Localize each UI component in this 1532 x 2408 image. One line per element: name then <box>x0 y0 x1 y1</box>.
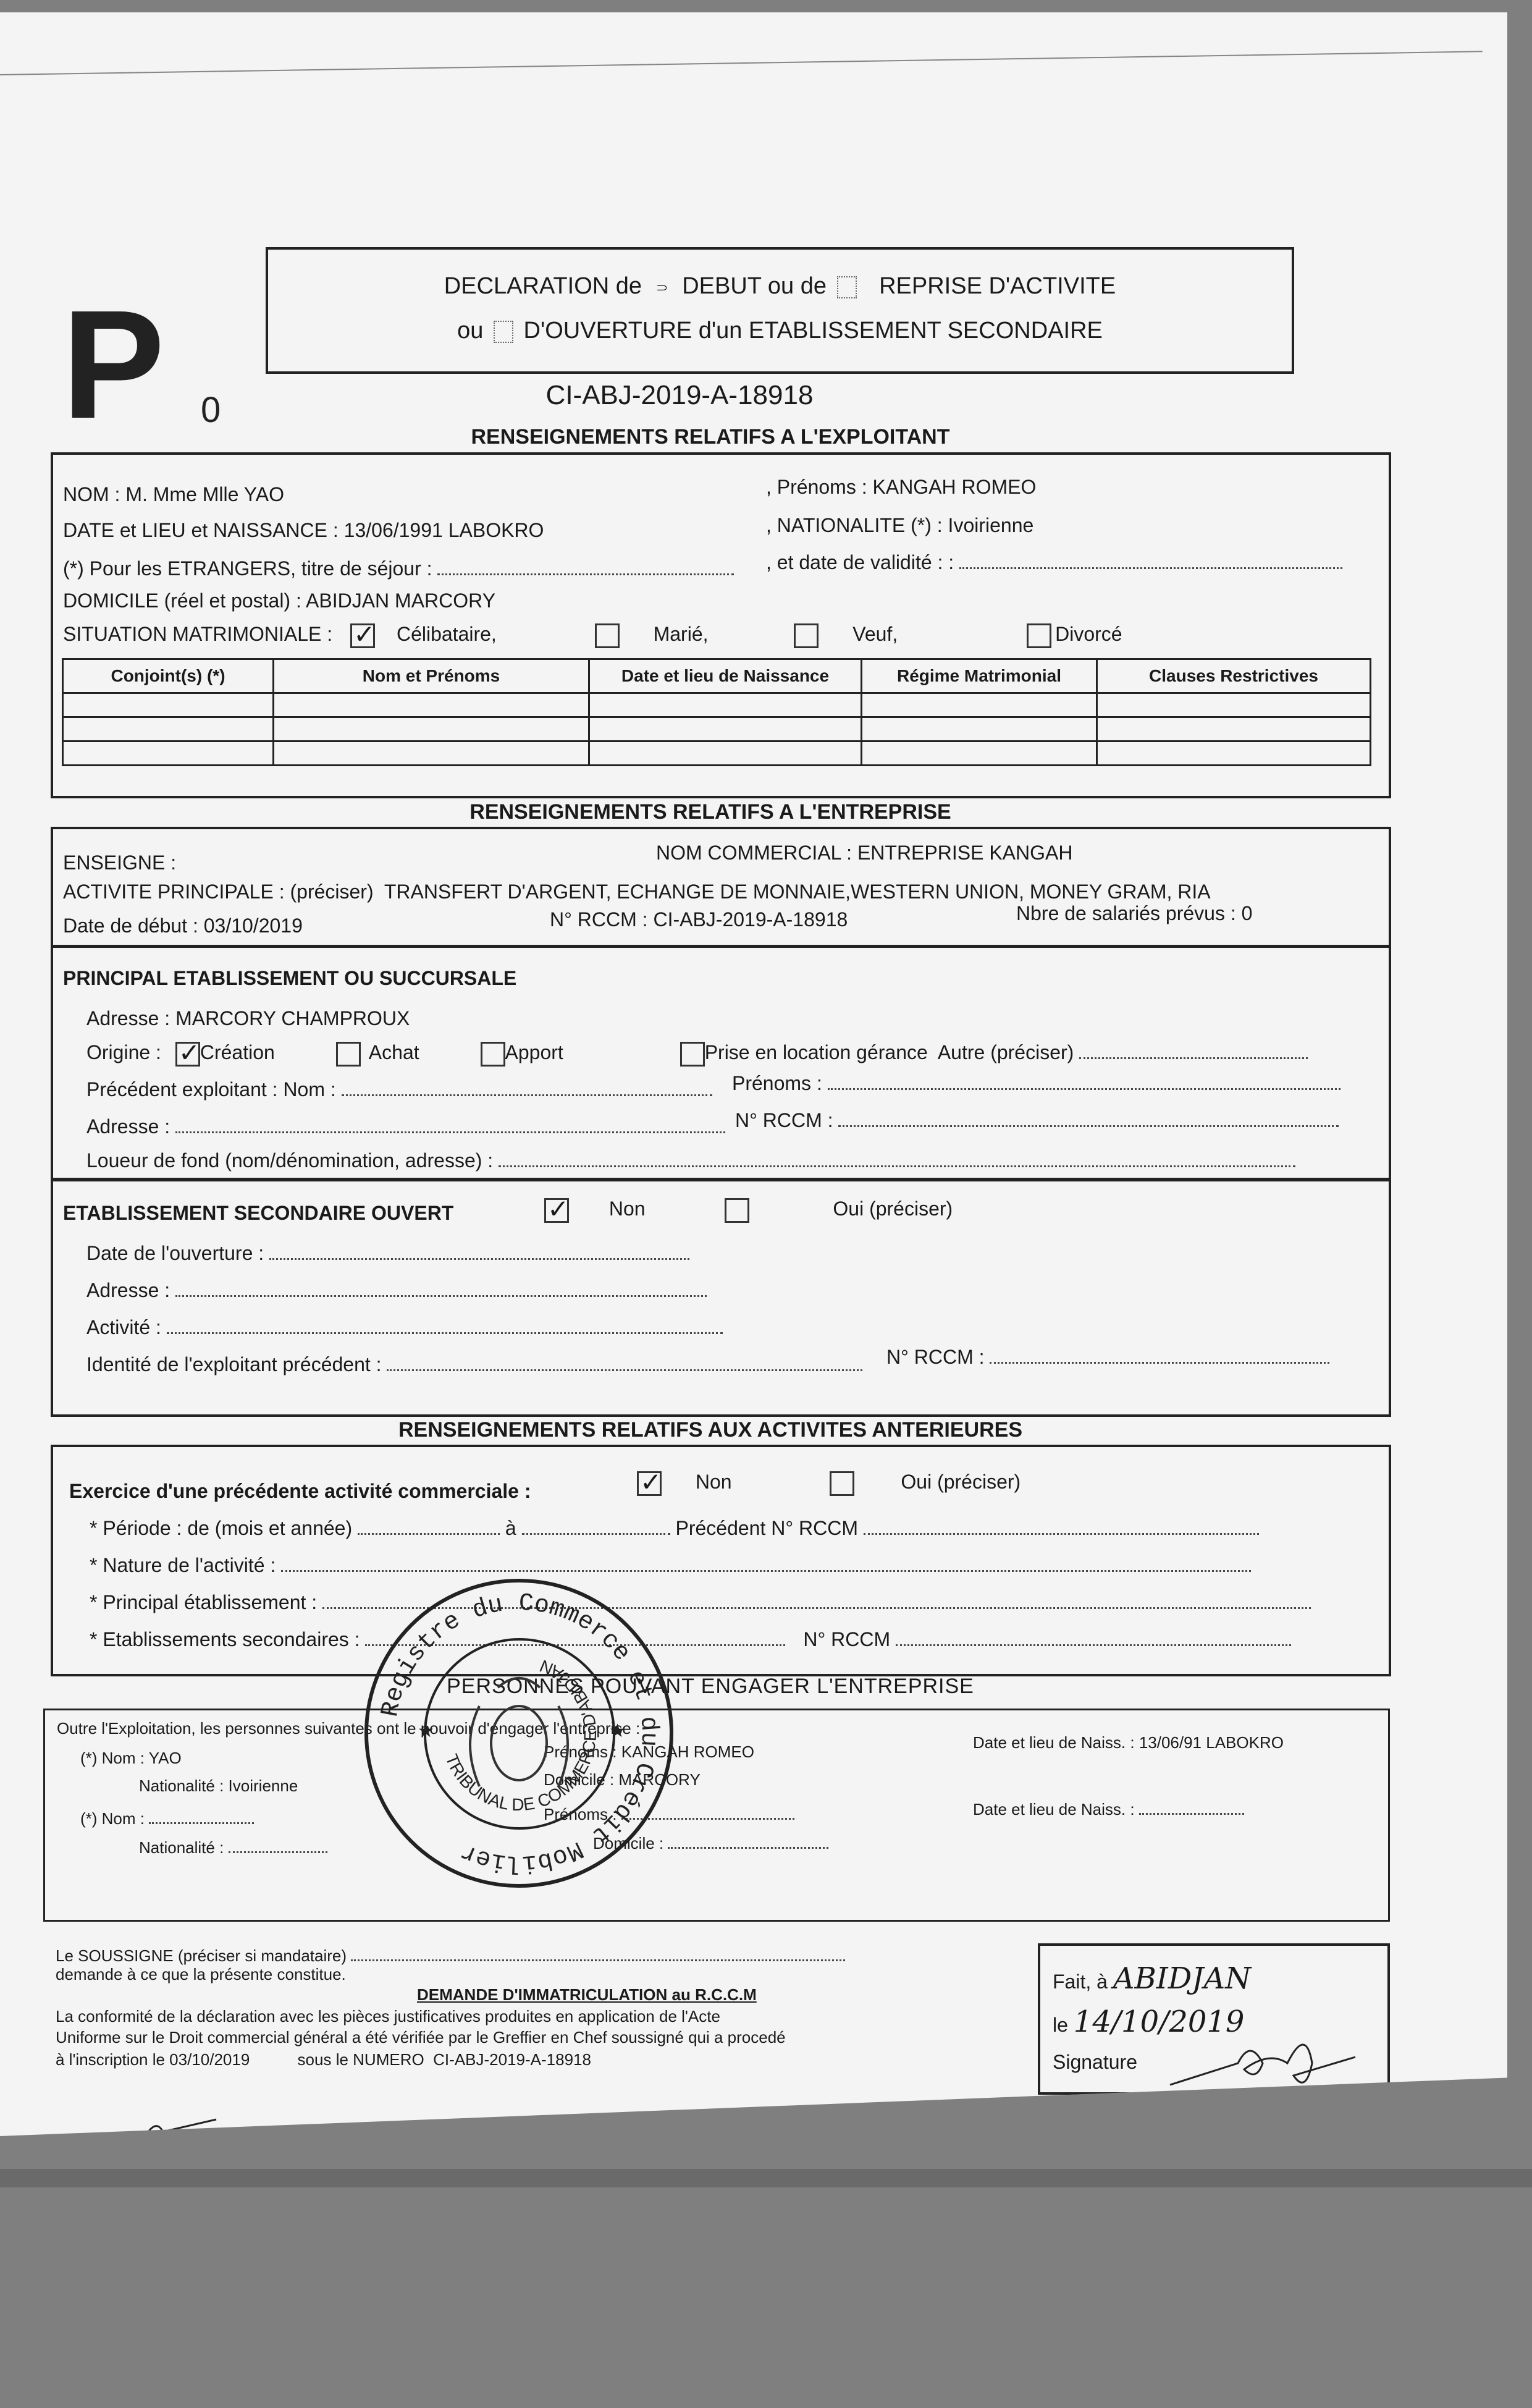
secondaire-rccm-field: N° RCCM : <box>886 1346 1329 1369</box>
loueur-field: Loueur de fond (nom/dénomination, adress… <box>86 1149 1295 1172</box>
section-title-entreprise: RENSEIGNEMENTS RELATIFS A L'ENTREPRISE <box>0 800 1421 824</box>
declaration-line-2: ou D'OUVERTURE d'un ETABLISSEMENT SECOND… <box>268 318 1292 344</box>
nom-field: NOM : M. Mme Mlle YAO <box>63 483 284 506</box>
domicile-field: DOMICILE (réel et postal) : ABIDJAN MARC… <box>63 589 495 612</box>
inscription-line: à l'inscription le 03/10/2019 sous le NU… <box>56 2050 591 2069</box>
col-nom-prenoms: Nom et Prénoms <box>274 659 589 693</box>
autre-label: Autre (préciser) <box>938 1041 1074 1063</box>
coat-of-arms-icon <box>470 1678 568 1786</box>
divorce-checkbox[interactable] <box>1027 623 1051 648</box>
secondaire-options: Non Oui (préciser) <box>541 1198 953 1223</box>
signature-label: Signature <box>1053 2051 1137 2074</box>
veuf-checkbox[interactable] <box>794 623 819 648</box>
prec-rccm-label: Précédent N° RCCM <box>675 1517 858 1539</box>
conjoint-table: Conjoint(s) (*) Nom et Prénoms Date et l… <box>62 658 1371 766</box>
stamp-star-icon: ★ <box>418 1721 434 1741</box>
location-gerance-label: Prise en location gérance <box>705 1041 928 1063</box>
fait-field: Fait, à ABIDJAN <box>1053 1961 1251 1996</box>
section-title-exploitant: RENSEIGNEMENTS RELATIFS A L'EXPLOITANT <box>0 425 1421 449</box>
exercice-options: Non Oui (préciser) <box>633 1471 1021 1496</box>
document-page: P 0 DECLARATION de ⸧ DEBUT ou de REPRISE… <box>0 12 1507 2175</box>
scan-artifact-line <box>0 51 1483 75</box>
exercice-non-label: Non <box>696 1471 732 1493</box>
exercice-non-checkbox[interactable] <box>637 1471 662 1496</box>
creation-checkbox[interactable] <box>175 1042 200 1067</box>
salaries-field: Nbre de salariés prévus : 0 <box>1016 902 1252 925</box>
person1-naiss-value: 13/06/91 LABOKRO <box>1139 1733 1284 1752</box>
fait-value: ABIDJAN <box>1113 1961 1251 1996</box>
ou-label: ou <box>457 318 483 344</box>
celibataire-checkbox[interactable] <box>350 623 375 648</box>
reprise-label: REPRISE D'ACTIVITE <box>879 273 1116 299</box>
person2-nationalite: Nationalité : <box>139 1836 327 1857</box>
table-row <box>63 717 1371 741</box>
person1-nat-value: Ivoirienne <box>229 1776 298 1795</box>
table-row <box>63 693 1371 717</box>
debut-label: DEBUT ou de <box>682 273 827 299</box>
prec-rccm-field: N° RCCM : <box>735 1109 1339 1132</box>
periode-field: * Période : de (mois et année) à Précéde… <box>90 1517 1259 1540</box>
prenoms-value: KANGAH ROMEO <box>873 476 1037 498</box>
numero-value: CI-ABJ-2019-A-18918 <box>433 2050 591 2069</box>
situation-label: SITUATION MATRIMONIALE : <box>63 623 332 645</box>
inscription-date: 03/10/2019 <box>169 2050 250 2069</box>
secondaire-oui-label: Oui (préciser) <box>833 1198 953 1220</box>
rccm-value: CI-ABJ-2019-A-18918 <box>653 908 848 931</box>
stamp-text-ring: Registre du Commerce et du Crédit Mobili… <box>368 1582 670 1884</box>
col-date-lieu: Date et lieu de Naissance <box>589 659 862 693</box>
exercice-oui-checkbox[interactable] <box>830 1471 854 1496</box>
nationalite-field: , NATIONALITE (*) : Ivoirienne <box>766 514 1033 537</box>
ouverture-label: D'OUVERTURE d'un ETABLISSEMENT SECONDAIR… <box>524 318 1103 344</box>
domicile-value: ABIDJAN MARCORY <box>306 589 495 612</box>
table-row <box>63 741 1371 766</box>
soussigne-field: Le SOUSSIGNE (préciser si mandataire) <box>56 1945 845 1966</box>
person1-nom: (*) Nom : YAO <box>80 1749 182 1768</box>
date-debut-value: 03/10/2019 <box>204 915 303 937</box>
a-label: à <box>505 1517 516 1539</box>
signature-scribble-icon <box>1164 2026 1362 2094</box>
creation-label: Création <box>200 1041 275 1063</box>
conformite-line-1: La conformité de la déclaration avec les… <box>56 2007 720 2026</box>
exercice-label: Exercice d'une précédente activité comme… <box>69 1480 531 1503</box>
svg-text:TRIBUNAL DE COMMERCE D'ABIDJAN: TRIBUNAL DE COMMERCE D'ABIDJAN <box>442 1656 600 1814</box>
section-title-anterieures: RENSEIGNEMENTS RELATIFS AUX ACTIVITES AN… <box>0 1418 1421 1442</box>
achat-checkbox[interactable] <box>336 1042 361 1067</box>
col-conjoint: Conjoint(s) (*) <box>63 659 274 693</box>
ouverture-checkbox[interactable] <box>494 321 513 343</box>
stamp-star-icon: ★ <box>609 1721 626 1741</box>
apport-label: Apport <box>505 1041 563 1063</box>
etab-rccm-label: N° RCCM <box>803 1628 890 1650</box>
principal-adresse-value: MARCORY CHAMPROUX <box>175 1007 410 1029</box>
situation-matrimoniale: SITUATION MATRIMONIALE : Célibataire, Ma… <box>63 623 1122 648</box>
etab-secondaires-field: * Etablissements secondaires : N° RCCM <box>90 1628 1291 1651</box>
origine-label: Origine : <box>86 1041 161 1063</box>
principal-etab-field: * Principal établissement : <box>90 1591 1311 1614</box>
secondaire-non-checkbox[interactable] <box>544 1198 569 1223</box>
declaration-box: DECLARATION de ⸧ DEBUT ou de REPRISE D'A… <box>266 247 1294 374</box>
location-gerance-checkbox[interactable] <box>680 1042 705 1067</box>
origine-field: Origine : Création Achat Apport Prise en… <box>86 1041 1308 1067</box>
principal-adresse-field: Adresse : MARCORY CHAMPROUX <box>86 1007 410 1030</box>
prenoms-field: , Prénoms : KANGAH ROMEO <box>766 476 1036 499</box>
col-clauses: Clauses Restrictives <box>1097 659 1371 693</box>
conformite-line-2: Uniforme sur le Droit commercial général… <box>56 2028 786 2047</box>
reprise-checkbox[interactable] <box>837 276 857 298</box>
identite-field: Identité de l'exploitant précédent : <box>86 1353 862 1376</box>
declaration-line-1: DECLARATION de ⸧ DEBUT ou de REPRISE D'A… <box>268 273 1292 300</box>
person1-nationalite: Nationalité : Ivoirienne <box>139 1776 298 1796</box>
enseigne-field: ENSEIGNE : <box>63 851 176 874</box>
person1-nom-value: YAO <box>149 1749 182 1767</box>
numero-label: sous le NUMERO <box>298 2050 424 2069</box>
secondaire-title: ETABLISSEMENT SECONDAIRE OUVERT <box>63 1202 453 1225</box>
person1-naiss: Date et lieu de Naiss. : 13/06/91 LABOKR… <box>973 1733 1284 1752</box>
activite-principale-value: TRANSFERT D'ARGENT, ECHANGE DE MONNAIE,W… <box>384 881 1211 903</box>
etrangers-field: (*) Pour les ETRANGERS, titre de séjour … <box>63 557 734 580</box>
date-ouverture-field: Date de l'ouverture : <box>86 1242 689 1265</box>
marie-checkbox[interactable] <box>595 623 620 648</box>
exercice-oui-label: Oui (préciser) <box>901 1471 1021 1493</box>
marie-label: Marié, <box>654 623 709 645</box>
official-stamp: Registre du Commerce et du Crédit Mobili… <box>364 1579 673 1888</box>
debut-checkbox[interactable]: ⸧ <box>652 276 672 298</box>
nationalite-value: Ivoirienne <box>948 514 1034 536</box>
nature-field: * Nature de l'activité : <box>90 1554 1251 1577</box>
rccm-field: N° RCCM : CI-ABJ-2019-A-18918 <box>550 908 848 931</box>
celibataire-label: Célibataire, <box>397 623 497 645</box>
section-title-personnes: PERSONNES POUVANT ENGAGER L'ENTREPRISE <box>0 1675 1421 1699</box>
demande-line: demande à ce que la présente constitue. <box>56 1965 346 1984</box>
veuf-label: Veuf, <box>852 623 898 645</box>
divorce-label: Divorcé <box>1055 623 1122 645</box>
principal-title: PRINCIPAL ETABLISSEMENT OU SUCCURSALE <box>63 967 516 990</box>
secondaire-activite-field: Activité : <box>86 1316 723 1339</box>
nom-commercial-value: ENTREPRISE KANGAH <box>857 842 1073 864</box>
naissance-value: 13/06/1991 LABOKRO <box>344 519 544 541</box>
prec-exploitant-field: Précédent exploitant : Nom : <box>86 1078 712 1101</box>
secondaire-oui-checkbox[interactable] <box>725 1198 749 1223</box>
fait-box: Fait, à ABIDJAN le 14/10/2019 Signature <box>1038 1943 1390 2095</box>
activite-principale-field: ACTIVITE PRINCIPALE : (préciser) TRANSFE… <box>63 881 1211 903</box>
declaration-label: DECLARATION de <box>444 273 642 299</box>
person2-nom: (*) Nom : <box>80 1807 254 1828</box>
prec-adresse-field: Adresse : <box>86 1115 725 1138</box>
form-letter: P <box>62 287 165 442</box>
col-regime: Régime Matrimonial <box>862 659 1097 693</box>
date-debut-field: Date de début : 03/10/2019 <box>63 915 303 937</box>
person2-naiss: Date et lieu de Naiss. : <box>973 1798 1244 1819</box>
scanner-edge-band <box>0 2169 1532 2187</box>
nom-commercial-field: NOM COMMERCIAL : ENTREPRISE KANGAH <box>656 842 1072 864</box>
apport-checkbox[interactable] <box>481 1042 505 1067</box>
prec-prenoms-field: Prénoms : <box>732 1072 1340 1095</box>
secondaire-adresse-field: Adresse : <box>86 1279 707 1302</box>
demande-title: DEMANDE D'IMMATRICULATION au R.C.C.M <box>417 1985 757 2005</box>
rccm-number-header: CI-ABJ-2019-A-18918 <box>0 380 1359 411</box>
naissance-field: DATE et LIEU et NAISSANCE : 13/06/1991 L… <box>63 519 544 542</box>
validite-field: , et date de validité : : <box>766 551 1342 574</box>
secondaire-non-label: Non <box>609 1198 646 1220</box>
nom-value: YAO <box>244 483 284 505</box>
achat-label: Achat <box>369 1041 419 1063</box>
admin-name: CISSE MAMADOU <box>499 2099 827 2159</box>
salaries-value: 0 <box>1242 902 1253 924</box>
